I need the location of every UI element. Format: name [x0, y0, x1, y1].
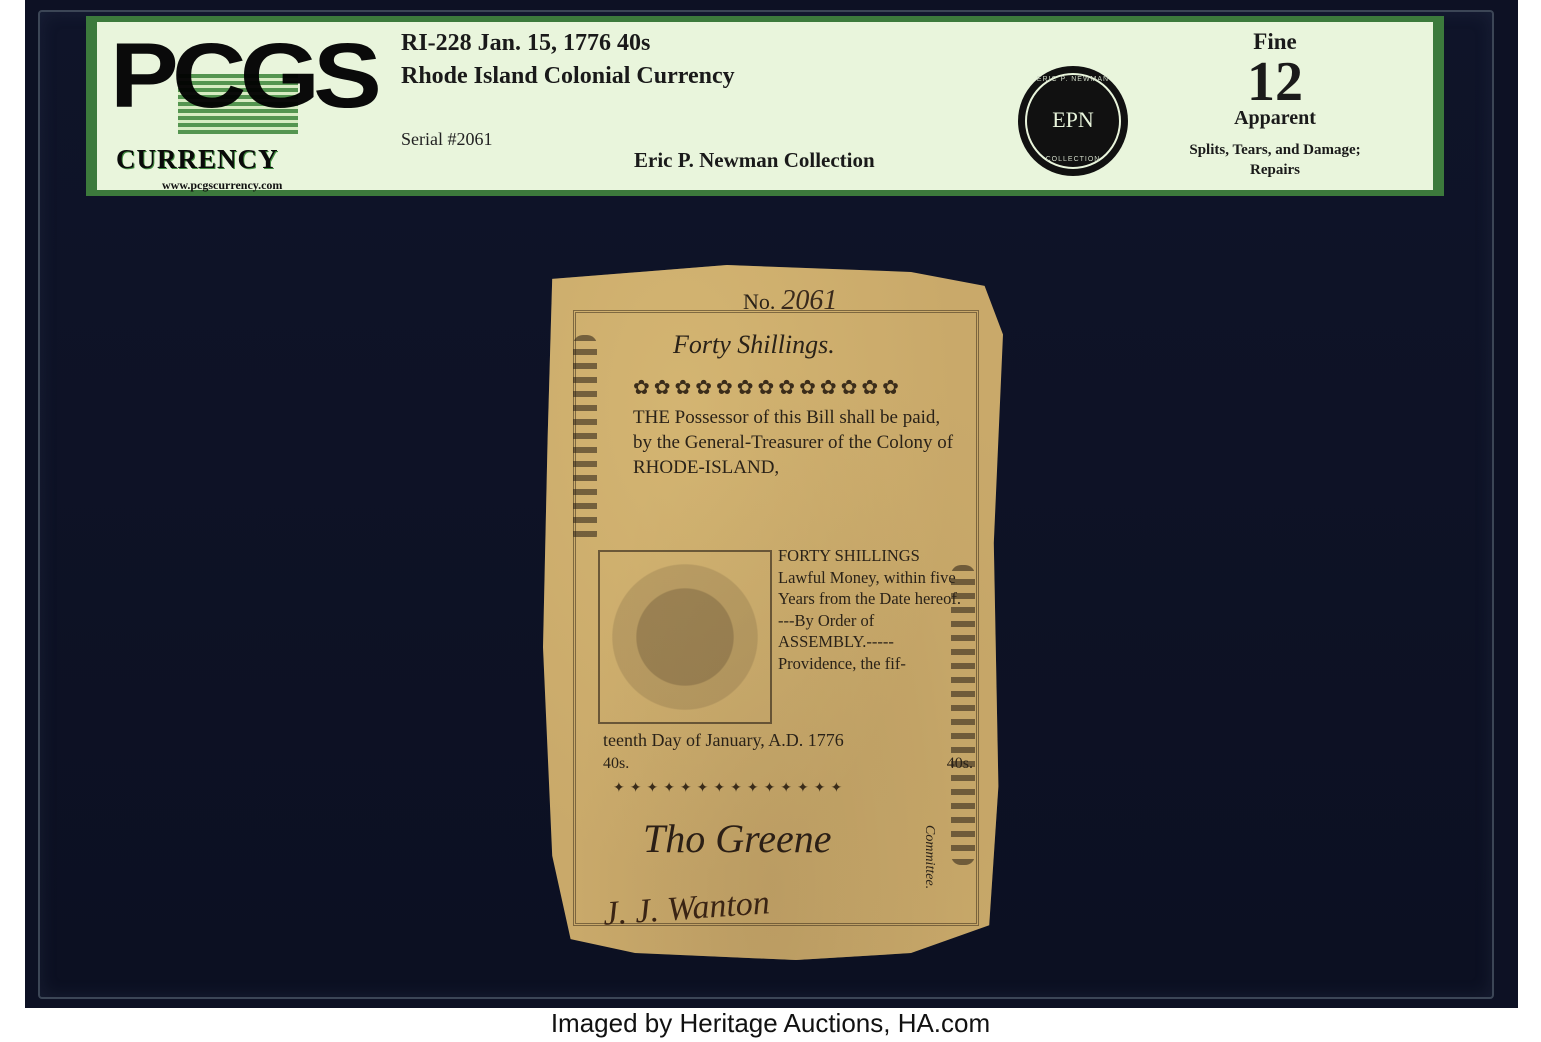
seal-center: EPN	[1018, 107, 1128, 133]
epn-seal-icon: ERIC P. NEWMAN EPN COLLECTION	[1018, 66, 1128, 176]
logo-stripes-icon	[178, 74, 298, 134]
seal-ring-top: ERIC P. NEWMAN	[1018, 76, 1128, 83]
stars-row: ✦✦✦✦✦✦✦✦✦✦✦✦✦✦	[613, 780, 847, 797]
denomination-left: 40s.	[603, 755, 629, 772]
pcgs-currency-logo: PCGS CURRENCY www.pcgscurrency.com	[110, 30, 370, 190]
note-number-prefix: No.	[743, 289, 775, 314]
left-scroll-ornament	[573, 335, 597, 545]
grade-number: 12	[1200, 56, 1350, 108]
collection-name: Eric P. Newman Collection	[634, 148, 875, 173]
grade-box: Fine 12 Apparent	[1200, 28, 1350, 128]
note-paragraph: THE Possessor of this Bill shall be paid…	[633, 405, 963, 480]
serial-number: Serial #2061	[401, 129, 493, 150]
committee-label: Committee.	[921, 825, 937, 889]
grade-note-line1: Splits, Tears, and Damage;	[1180, 140, 1370, 160]
denomination-right: 40s.	[947, 755, 973, 773]
note-right-column: FORTY SHILLINGS Lawful Money, within fiv…	[778, 545, 963, 674]
note-title: Rhode Island Colonial Currency	[401, 63, 735, 90]
catalog-line: RI-228 Jan. 15, 1776 40s	[401, 30, 650, 57]
banknote: No.2061 Forty Shillings. ✿✿✿✿✿✿✿✿✿✿✿✿✿ T…	[543, 265, 1003, 960]
image-credit: Imaged by Heritage Auctions, HA.com	[0, 1008, 1541, 1039]
grade-qualifier: Apparent	[1200, 108, 1350, 128]
seal-ring-bottom: COLLECTION	[1018, 156, 1128, 163]
signature-1: Tho Greene	[643, 815, 831, 862]
grade-note-line2: Repairs	[1180, 160, 1370, 180]
note-number-handwritten: 2061	[781, 285, 837, 316]
ornament-row: ✿✿✿✿✿✿✿✿✿✿✿✿✿	[633, 375, 903, 400]
note-number: No.2061	[743, 285, 837, 317]
logo-url: www.pcgscurrency.com	[162, 178, 282, 193]
colony-emblem-icon	[598, 550, 772, 724]
logo-sub-brand: CURRENCY	[116, 144, 366, 175]
note-date-line: teenth Day of January, A.D. 1776	[603, 730, 973, 751]
note-denominations: 40s. 40s.	[603, 755, 973, 773]
grade-note: Splits, Tears, and Damage; Repairs	[1180, 140, 1370, 180]
note-heading: Forty Shillings.	[673, 330, 835, 360]
